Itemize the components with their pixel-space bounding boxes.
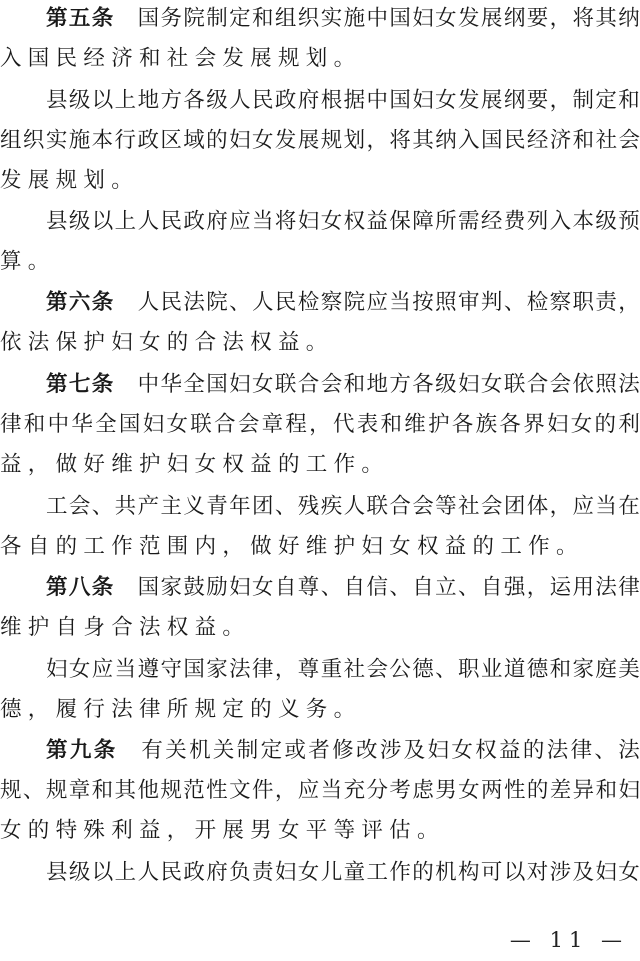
article-heading-line: 第五条国务院制定和组织实施中国妇女发展纲要，将其纳 (46, 4, 640, 34)
text-line: 入国民经济和社会发展规划。 (0, 44, 640, 74)
text-line: 县级以上地方各级人民政府根据中国妇女发展纲要，制定和 (46, 86, 640, 116)
text-line: 县级以上人民政府负责妇女儿童工作的机构可以对涉及妇女 (46, 858, 640, 888)
text-line: 女的特殊利益，开展男女平等评估。 (0, 816, 640, 846)
document-page: 第五条国务院制定和组织实施中国妇女发展纲要，将其纳入国民经济和社会发展规划。县级… (0, 0, 640, 961)
text-line: 工会、共产主义青年团、残疾人联合会等社会团体，应当在 (46, 492, 640, 522)
text-line: 律和中华全国妇女联合会章程，代表和维护各族各界妇女的利 (0, 410, 640, 440)
text-line: 算。 (0, 247, 640, 277)
text-line: 妇女应当遵守国家法律，尊重社会公德、职业道德和家庭美 (46, 655, 640, 685)
text-line: 发展规划。 (0, 166, 640, 196)
article-heading-line: 第九条有关机关制定或者修改涉及妇女权益的法律、法 (46, 736, 640, 766)
article-heading-line: 第八条国家鼓励妇女自尊、自信、自立、自强，运用法律 (46, 573, 640, 603)
article-heading-line: 第六条人民法院、人民检察院应当按照审判、检察职责， (46, 288, 640, 318)
text-line: 维护自身合法权益。 (0, 613, 640, 643)
text-line: 规、规章和其他规范性文件，应当充分考虑男女两性的差异和妇 (0, 776, 640, 806)
text-line: 益，做好维护妇女权益的工作。 (0, 450, 640, 480)
page-number: — 11 — (510, 925, 628, 955)
text-line: 各自的工作范围内，做好维护妇女权益的工作。 (0, 532, 640, 562)
text-line: 县级以上人民政府应当将妇女权益保障所需经费列入本级预 (46, 207, 640, 237)
text-line: 组织实施本行政区域的妇女发展规划，将其纳入国民经济和社会 (0, 126, 640, 156)
article-heading-line: 第七条中华全国妇女联合会和地方各级妇女联合会依照法 (46, 370, 640, 400)
text-line: 德，履行法律所规定的义务。 (0, 695, 640, 725)
text-line: 依法保护妇女的合法权益。 (0, 328, 640, 358)
